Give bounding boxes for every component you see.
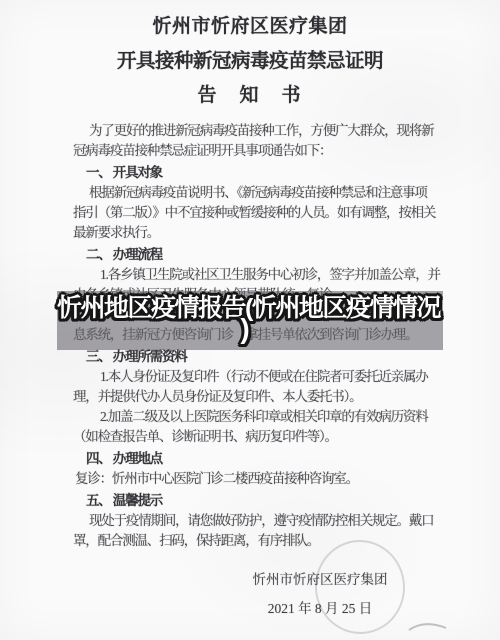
doc-line: 罩，配合测温、扫码，保持距离，有序排队。	[73, 531, 482, 551]
watermark-text-line1: 忻州地区疫情报告(忻州地区疫情情况	[57, 295, 443, 321]
doc-line: 为了更好的推进新冠病毒疫苗接种工作，方便广大群众，现将新	[73, 121, 482, 141]
section-heading: 四、 办理地点	[86, 449, 482, 469]
doc-line: 2.加盖二级及以上医院医务科印章或相关印章的有效病历资料	[100, 407, 482, 427]
doc-line: 指引（第二版）》中不宜接种或暂缓接种的人员。如有调整，按相关	[73, 203, 482, 223]
doc-line: 根据新冠病毒疫苗说明书、《新冠病毒疫苗接种禁忌和注意事项	[73, 183, 482, 203]
pen-mark	[407, 618, 449, 636]
doc-line: 理，并提供代办人员身份证及复印件、本人委托书）。	[73, 387, 482, 407]
signature-org: 忻州市忻府区医疗集团	[244, 565, 396, 594]
doc-line: （如检查报告单、诊断证明书、病历复印件等）。	[73, 427, 482, 447]
doc-line: 最新要求执行。	[73, 223, 482, 243]
doc-title: 开具接种新冠病毒疫苗禁忌证明	[0, 45, 500, 73]
doc-subtitle: 告 知 书	[0, 80, 500, 107]
section-heading: 二、 办理流程	[86, 245, 482, 265]
section-heading: 一、 开具对象	[86, 163, 482, 183]
signature-date: 2021 年 8 月 25 日	[244, 594, 396, 623]
section-heading: 五、 温馨提示	[86, 491, 482, 511]
doc-line: 现处于疫情期间，请您做好防护，遵守疫情防控相关规定。戴口	[73, 511, 482, 531]
doc-line: 复诊：忻州市中心医院门诊二楼西疫苗接种咨询室。	[75, 469, 482, 489]
doc-line: 冠病毒疫苗接种禁忌症证明开具事项通告如下：	[73, 141, 482, 161]
signature-block: 忻州市忻府区医疗集团 2021 年 8 月 25 日	[244, 565, 396, 623]
section-heading: 三、 办理所需资料	[86, 347, 482, 367]
doc-line: 1.本人身份证及复印件（行动不便或在住院者可委托近亲属办	[100, 367, 482, 387]
document-photo: 忻州市忻府区医疗集团 开具接种新冠病毒疫苗禁忌证明 告 知 书 为了更好的推进新…	[0, 0, 500, 640]
watermark-banner: 忻州地区疫情报告(忻州地区疫情情况 )	[57, 291, 443, 350]
doc-line: 1.各乡镇卫生院或社区卫生服务中心初诊，签字并加盖公章，并	[100, 265, 482, 285]
org-title: 忻州市忻府区医疗集团	[0, 0, 500, 38]
